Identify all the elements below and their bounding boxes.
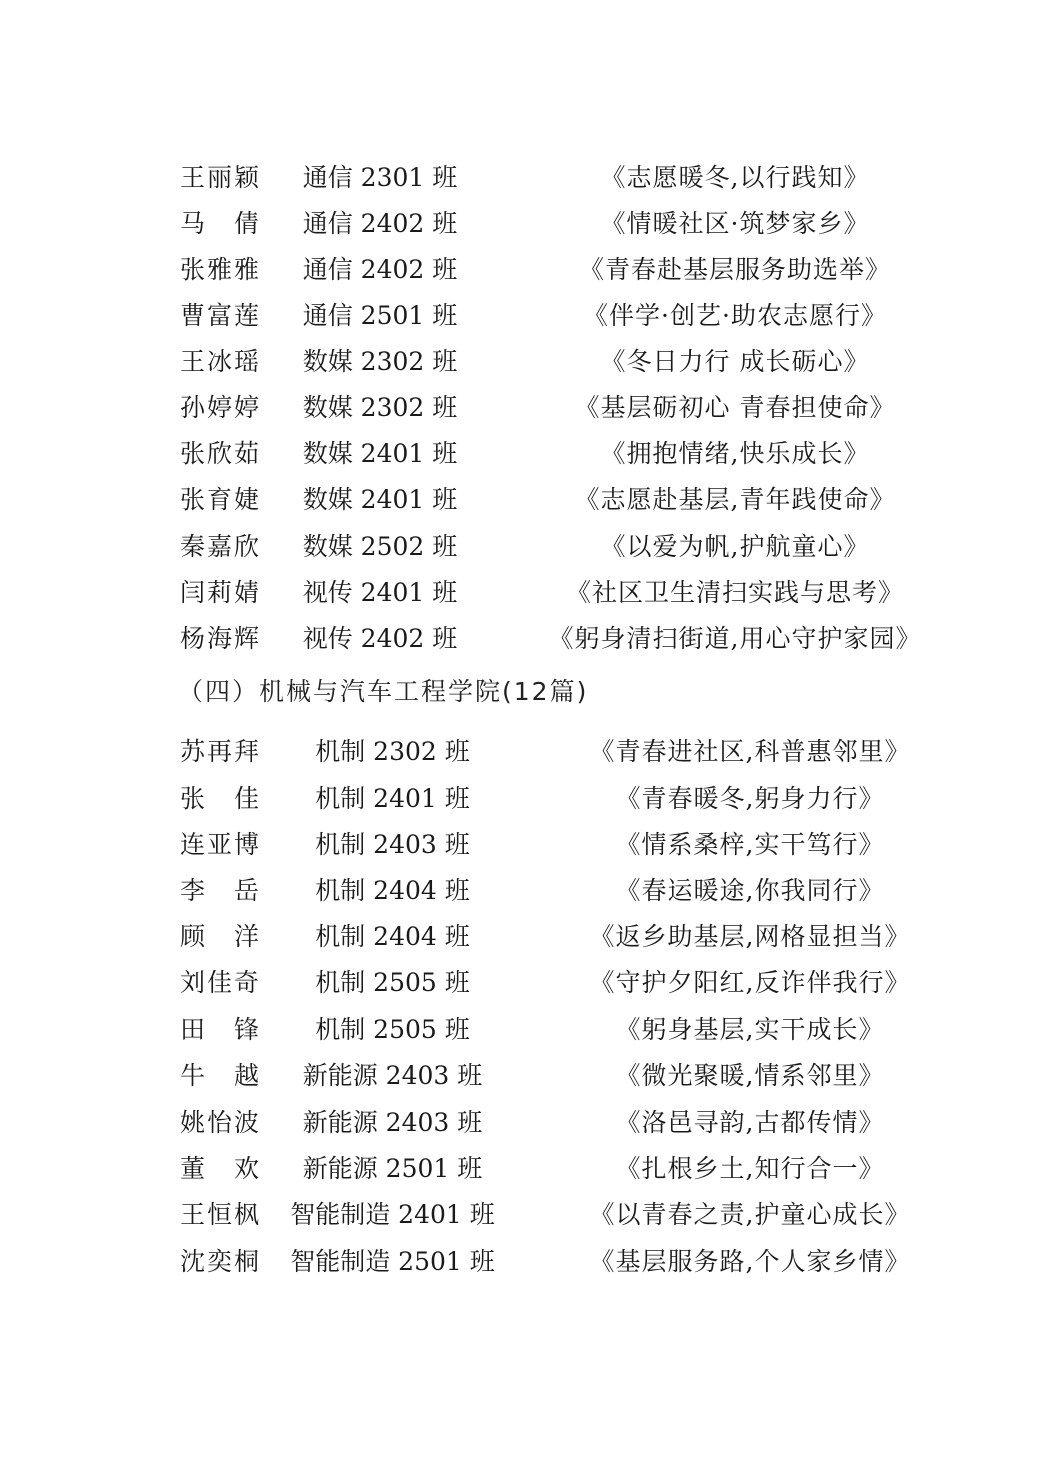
list-item: 杨海辉 视传 2402 班 《躬身清扫街道,用心守护家园》 bbox=[0, 619, 1044, 659]
student-name: 张欣茹 bbox=[180, 434, 264, 474]
student-name: 田 锋 bbox=[180, 1010, 264, 1050]
list-item: 张 佳 机制 2401 班 《青春暖冬,躬身力行》 bbox=[0, 779, 1044, 819]
essay-title: 《情系桑梓,实干笃行》 bbox=[510, 825, 990, 865]
essay-title: 《志愿赴基层,青年践使命》 bbox=[500, 480, 970, 520]
essay-title: 《志愿暖冬,以行践知》 bbox=[500, 158, 970, 198]
student-name: 杨海辉 bbox=[180, 619, 264, 659]
essay-title: 《扎根乡土,知行合一》 bbox=[510, 1149, 990, 1189]
student-class: 数媒 2401 班 bbox=[290, 480, 470, 520]
list-item: 顾 洋 机制 2404 班 《返乡助基层,网格显担当》 bbox=[0, 917, 1044, 957]
list-item: 王丽颖 通信 2301 班 《志愿暖冬,以行践知》 bbox=[0, 158, 1044, 198]
list-item: 田 锋 机制 2505 班 《躬身基层,实干成长》 bbox=[0, 1010, 1044, 1050]
student-class: 通信 2301 班 bbox=[290, 158, 470, 198]
essay-title: 《青春进社区,科普惠邻里》 bbox=[510, 732, 990, 772]
list-item: 马 倩 通信 2402 班 《情暖社区·筑梦家乡》 bbox=[0, 204, 1044, 244]
list-item: 王恒枫 智能制造 2401 班 《以青春之责,护童心成长》 bbox=[0, 1195, 1044, 1235]
student-name: 王冰瑶 bbox=[180, 342, 264, 382]
student-name: 王丽颖 bbox=[180, 158, 264, 198]
essay-title: 《青春赴基层服务助选举》 bbox=[500, 250, 970, 290]
list-item: 姚怡波 新能源 2403 班 《洛邑寻韵,古都传情》 bbox=[0, 1103, 1044, 1143]
student-name: 顾 洋 bbox=[180, 917, 264, 957]
student-class: 智能制造 2401 班 bbox=[285, 1195, 500, 1235]
list-item: 李 岳 机制 2404 班 《春运暖途,你我同行》 bbox=[0, 871, 1044, 911]
list-item: 曹富莲 通信 2501 班 《伴学·创艺·助农志愿行》 bbox=[0, 296, 1044, 336]
student-class: 智能制造 2501 班 bbox=[285, 1242, 500, 1282]
essay-title: 《伴学·创艺·助农志愿行》 bbox=[500, 296, 970, 336]
list-item: 苏再拜 机制 2302 班 《青春进社区,科普惠邻里》 bbox=[0, 732, 1044, 772]
student-name: 闫莉婧 bbox=[180, 573, 264, 613]
student-name: 刘佳奇 bbox=[180, 963, 264, 1003]
student-name: 连亚博 bbox=[180, 825, 264, 865]
list-item: 连亚博 机制 2403 班 《情系桑梓,实干笃行》 bbox=[0, 825, 1044, 865]
student-class: 通信 2501 班 bbox=[290, 296, 470, 336]
student-name: 牛 越 bbox=[180, 1056, 264, 1096]
section-heading: （四）机械与汽车工程学院(12篇) bbox=[178, 672, 588, 712]
student-name: 马 倩 bbox=[180, 204, 264, 244]
essay-title: 《拥抱情绪,快乐成长》 bbox=[500, 434, 970, 474]
list-item: 牛 越 新能源 2403 班 《微光聚暖,情系邻里》 bbox=[0, 1056, 1044, 1096]
student-name: 苏再拜 bbox=[180, 732, 264, 772]
student-class: 数媒 2502 班 bbox=[290, 527, 470, 567]
list-item: 秦嘉欣 数媒 2502 班 《以爱为帆,护航童心》 bbox=[0, 527, 1044, 567]
list-item: 沈奕桐 智能制造 2501 班 《基层服务路,个人家乡情》 bbox=[0, 1242, 1044, 1282]
essay-title: 《躬身清扫街道,用心守护家园》 bbox=[500, 619, 970, 659]
student-class: 数媒 2401 班 bbox=[290, 434, 470, 474]
student-class: 通信 2402 班 bbox=[290, 204, 470, 244]
list-item: 董 欢 新能源 2501 班 《扎根乡土,知行合一》 bbox=[0, 1149, 1044, 1189]
student-class: 机制 2404 班 bbox=[285, 871, 500, 911]
list-item: 张育婕 数媒 2401 班 《志愿赴基层,青年践使命》 bbox=[0, 480, 1044, 520]
list-item: 张雅雅 通信 2402 班 《青春赴基层服务助选举》 bbox=[0, 250, 1044, 290]
essay-title: 《情暖社区·筑梦家乡》 bbox=[500, 204, 970, 244]
essay-title: 《基层砺初心 青春担使命》 bbox=[500, 388, 970, 428]
student-class: 新能源 2501 班 bbox=[285, 1149, 500, 1189]
essay-title: 《以青春之责,护童心成长》 bbox=[510, 1195, 990, 1235]
student-name: 张 佳 bbox=[180, 779, 264, 819]
essay-title: 《青春暖冬,躬身力行》 bbox=[510, 779, 990, 819]
student-name: 秦嘉欣 bbox=[180, 527, 264, 567]
student-class: 机制 2505 班 bbox=[285, 1010, 500, 1050]
student-name: 姚怡波 bbox=[180, 1103, 264, 1143]
essay-title: 《冬日力行 成长砺心》 bbox=[500, 342, 970, 382]
student-class: 机制 2403 班 bbox=[285, 825, 500, 865]
essay-title: 《微光聚暖,情系邻里》 bbox=[510, 1056, 990, 1096]
essay-title: 《社区卫生清扫实践与思考》 bbox=[500, 573, 970, 613]
student-name: 董 欢 bbox=[180, 1149, 264, 1189]
essay-title: 《返乡助基层,网格显担当》 bbox=[510, 917, 990, 957]
list-item: 刘佳奇 机制 2505 班 《守护夕阳红,反诈伴我行》 bbox=[0, 963, 1044, 1003]
essay-title: 《洛邑寻韵,古都传情》 bbox=[510, 1103, 990, 1143]
student-class: 机制 2404 班 bbox=[285, 917, 500, 957]
student-name: 沈奕桐 bbox=[180, 1242, 264, 1282]
essay-title: 《守护夕阳红,反诈伴我行》 bbox=[510, 963, 990, 1003]
student-class: 新能源 2403 班 bbox=[285, 1103, 500, 1143]
list-item: 张欣茹 数媒 2401 班 《拥抱情绪,快乐成长》 bbox=[0, 434, 1044, 474]
student-class: 机制 2505 班 bbox=[285, 963, 500, 1003]
student-class: 新能源 2403 班 bbox=[285, 1056, 500, 1096]
student-name: 李 岳 bbox=[180, 871, 264, 911]
student-name: 曹富莲 bbox=[180, 296, 264, 336]
essay-title: 《躬身基层,实干成长》 bbox=[510, 1010, 990, 1050]
essay-title: 《以爱为帆,护航童心》 bbox=[500, 527, 970, 567]
essay-title: 《基层服务路,个人家乡情》 bbox=[510, 1242, 990, 1282]
student-class: 视传 2401 班 bbox=[290, 573, 470, 613]
student-class: 数媒 2302 班 bbox=[290, 342, 470, 382]
student-class: 通信 2402 班 bbox=[290, 250, 470, 290]
list-item: 孙婷婷 数媒 2302 班 《基层砺初心 青春担使命》 bbox=[0, 388, 1044, 428]
document-page: 王丽颖 通信 2301 班 《志愿暖冬,以行践知》 马 倩 通信 2402 班 … bbox=[0, 0, 1044, 1470]
student-name: 张雅雅 bbox=[180, 250, 264, 290]
student-class: 数媒 2302 班 bbox=[290, 388, 470, 428]
student-class: 视传 2402 班 bbox=[290, 619, 470, 659]
list-item: 王冰瑶 数媒 2302 班 《冬日力行 成长砺心》 bbox=[0, 342, 1044, 382]
essay-title: 《春运暖途,你我同行》 bbox=[510, 871, 990, 911]
student-name: 张育婕 bbox=[180, 480, 264, 520]
student-class: 机制 2401 班 bbox=[285, 779, 500, 819]
list-item: 闫莉婧 视传 2401 班 《社区卫生清扫实践与思考》 bbox=[0, 573, 1044, 613]
student-name: 孙婷婷 bbox=[180, 388, 264, 428]
student-name: 王恒枫 bbox=[180, 1195, 264, 1235]
student-class: 机制 2302 班 bbox=[285, 732, 500, 772]
